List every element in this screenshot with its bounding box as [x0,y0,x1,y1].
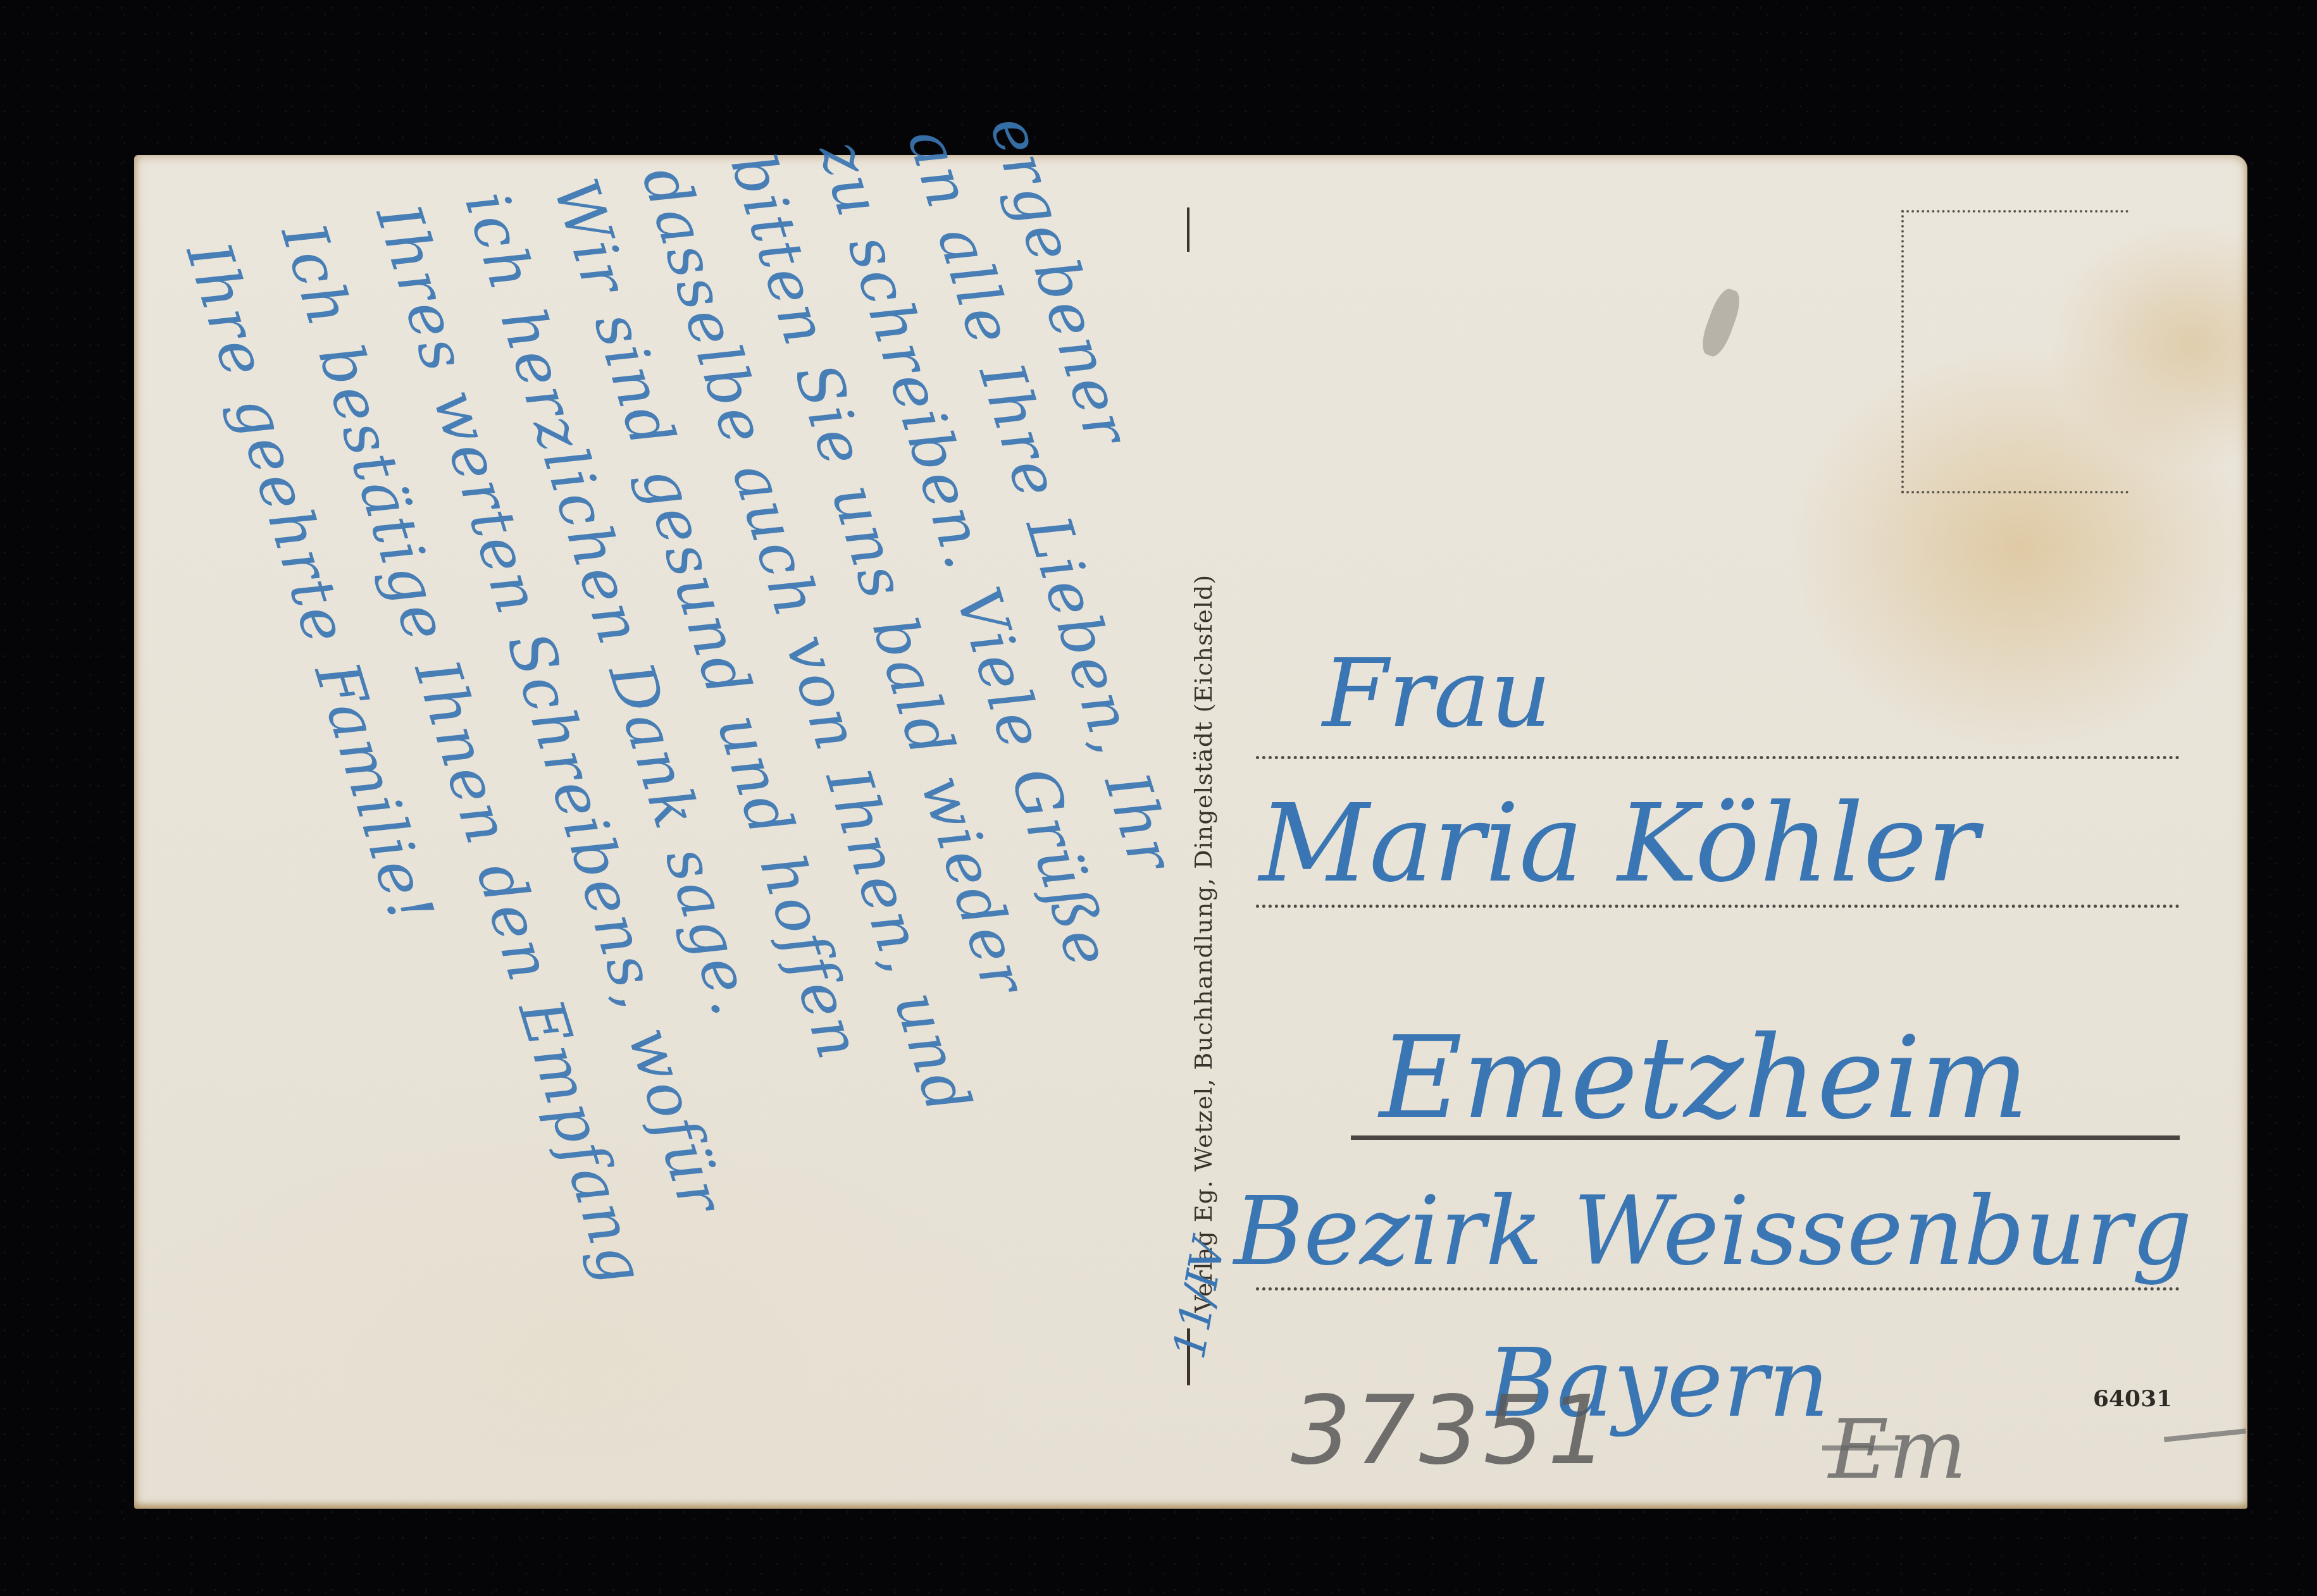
address-line [1256,756,2180,759]
pencil-mark: Em [1829,1401,1966,1497]
publisher-imprint: Verlag Eg. Wetzel, Buchhandlung, Dingels… [1190,574,1217,1313]
pencil-archive-number: 37351 [1291,1376,1612,1486]
address-line-town [1351,1135,2180,1140]
stamp-box [1901,210,2128,493]
address-name: Maria Köhler [1259,781,1978,906]
address-line [1256,905,2180,908]
address-line [1256,1287,2180,1290]
address-salutation: Frau [1322,639,1551,749]
address-district: Bezirk Weissenburg [1234,1177,2192,1287]
card-number: 64031 [2093,1385,2172,1412]
address-town: Emetzheim [1379,1012,2028,1144]
publisher-rule [1187,207,1190,252]
handwritten-message: Ihre geehrte Familie! Ich bestätige Ihne… [158,209,1145,1474]
